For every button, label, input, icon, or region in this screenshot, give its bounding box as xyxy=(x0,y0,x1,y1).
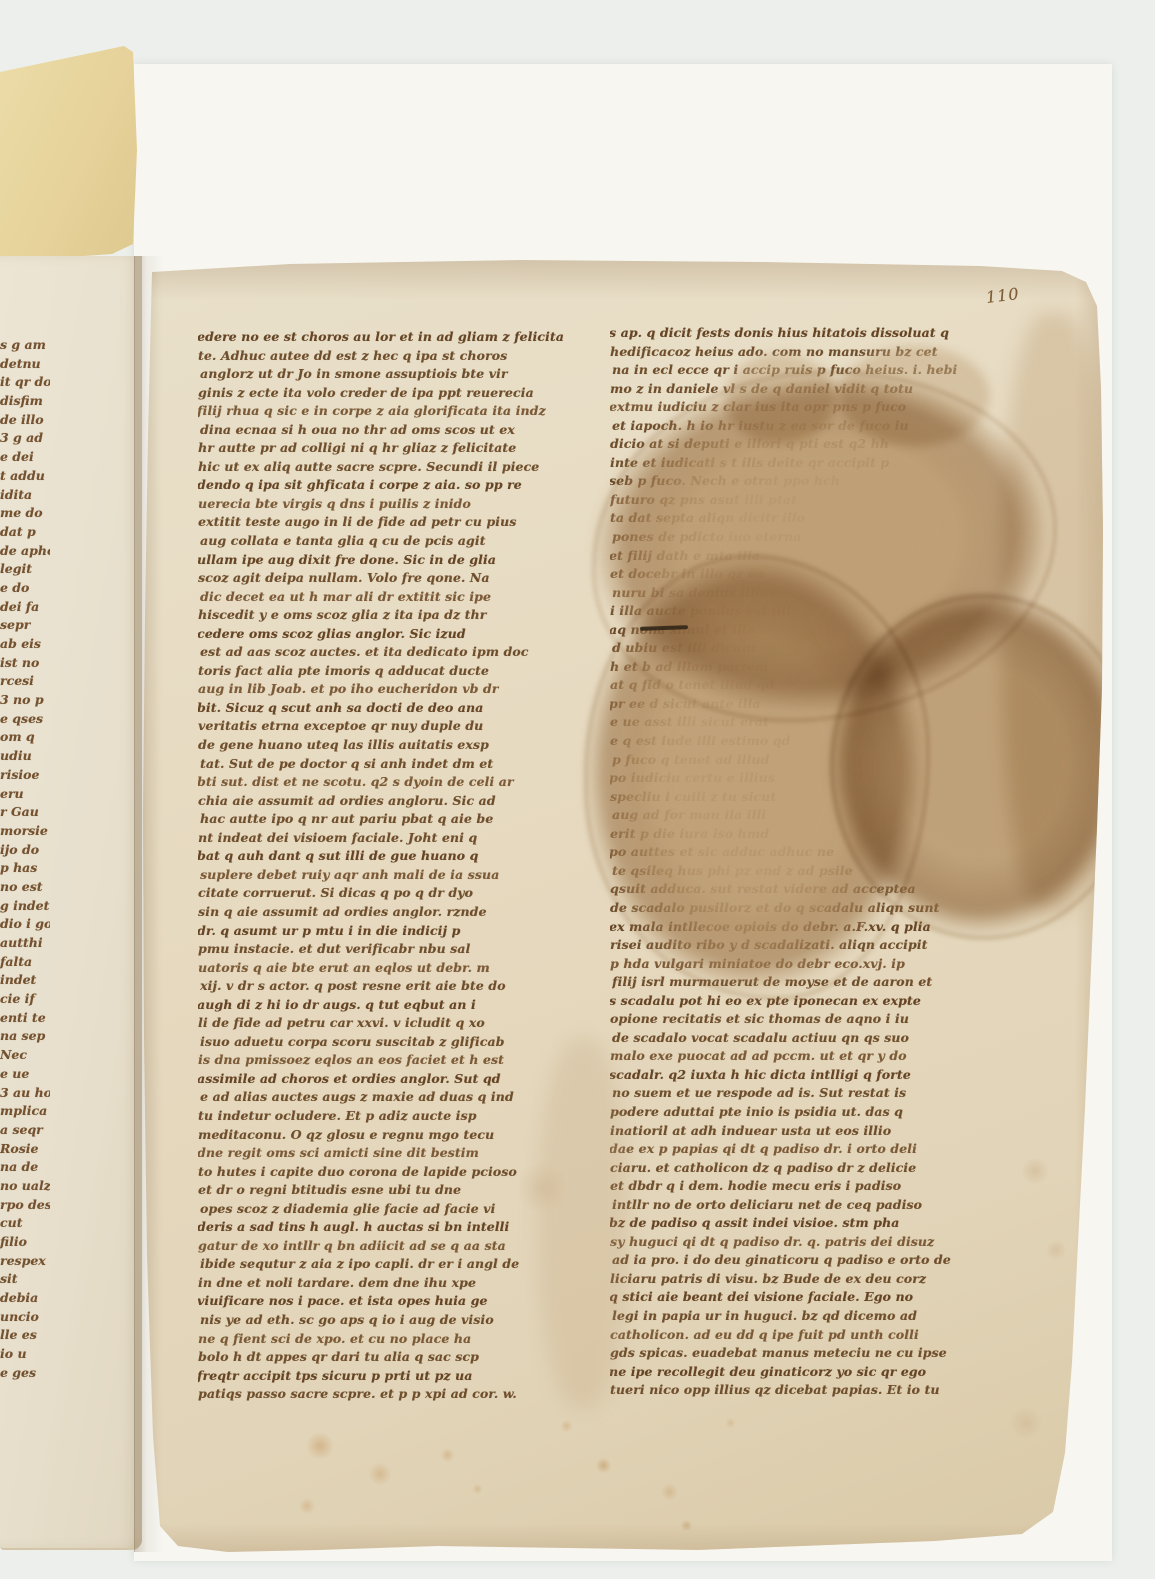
manuscript-line: gatur de xo intllr q bn adiicit ad se q … xyxy=(198,1237,594,1256)
manuscript-line: po auttes et sic adduc adhuc ne xyxy=(610,843,1017,862)
manuscript-line: uatoris q aie bte erut an eqlos ut debr.… xyxy=(198,959,594,978)
manuscript-line: freqtr accipit tps sicuru p prti ut pz u… xyxy=(198,1367,593,1386)
manuscript-line: cedere oms scoz glias anglor. Sic izud xyxy=(198,625,593,644)
manuscript-line: augh di z hi io dr augs. q tut eqbut an … xyxy=(198,996,593,1015)
facing-page-fragments: s g amdetnuit qr dodisfimde illo3 g ade … xyxy=(0,336,50,1383)
manuscript-line: aug ad for mau ila illi xyxy=(612,806,1018,825)
facing-page-edge: s g amdetnuit qr dodisfimde illo3 g ade … xyxy=(0,256,142,1550)
manuscript-line: deris a sad tins h augl. h auctas si bn … xyxy=(198,1218,593,1237)
manuscript-line: ne q fient sci de xpo. et cu no place ha xyxy=(198,1330,594,1349)
manuscript-line: tu indetur ocludere. Et p adiz aucte isp xyxy=(198,1107,594,1126)
manuscript-line: uerecia bte virgis q dns i puilis z inid… xyxy=(198,495,594,514)
manuscript-line: uncio xyxy=(0,1308,50,1327)
manuscript-line: r Gau xyxy=(0,803,50,822)
manuscript-line: e do xyxy=(0,579,50,598)
manuscript-line: disfim xyxy=(0,392,50,411)
manuscript-line: hr autte pr ad colligi ni q hr gliaz z f… xyxy=(198,439,594,458)
manuscript-line: inte et iudicati s t ilis deite qr accip… xyxy=(610,454,1018,473)
manuscript-line: nuru bi sa denius illius xyxy=(612,584,1018,603)
manuscript-line: isuo aduetu corpa scoru suscitab z glifi… xyxy=(200,1033,594,1052)
manuscript-line: tat. Sut de pe doctor q si anh indet dm … xyxy=(200,755,594,774)
manuscript-line: e ad alias auctes augs z maxie ad duas q… xyxy=(200,1088,594,1107)
manuscript-line: na de xyxy=(0,1158,50,1177)
manuscript-line: sin q aie assumit ad ordies anglor. rznd… xyxy=(198,903,594,922)
manuscript-line: nis ye ad eth. sc go aps q io i aug de v… xyxy=(200,1311,594,1330)
manuscript-line: te. Adhuc autee dd est z hec q ipa st ch… xyxy=(198,347,594,366)
manuscript-line: opione recitatis et sic thomas de aqno i… xyxy=(610,1010,1018,1029)
manuscript-line: scoz agit deipa nullam. Volo fre qone. N… xyxy=(198,569,594,588)
manuscript-line: futuro qz pns asut illi ptat xyxy=(610,491,1018,510)
manuscript-line: e q est iude illi estimo qd xyxy=(610,732,1018,751)
manuscript-line: legi in papia ur in huguci. bz qd dicemo… xyxy=(612,1307,1018,1326)
manuscript-line: 3 au ho xyxy=(0,1084,50,1103)
manuscript-line: dina ecnaa si h oua no thr ad oms scos u… xyxy=(200,421,594,440)
manuscript-line: est ad aas scoz auctes. et ita dedicato … xyxy=(200,643,594,662)
manuscript-line: 3 no p xyxy=(0,691,50,710)
folio-number: 110 xyxy=(985,284,1021,307)
manuscript-line: aug in lib Joab. et po iho eucheridon vb… xyxy=(198,680,594,699)
manuscript-leaf: 110 edere no ee st choros au lor et in a… xyxy=(140,258,1105,1555)
manuscript-line: cut xyxy=(0,1214,50,1233)
manuscript-line: no est xyxy=(0,878,50,897)
manuscript-line: ist no xyxy=(0,654,50,673)
manuscript-line: bti sut. dist et ne scotu. q2 s dyoin de… xyxy=(198,773,593,792)
manuscript-line: tueri nico opp illius qz dicebat papias.… xyxy=(610,1381,1018,1400)
manuscript-line: pmu instacie. et dut verificabr nbu sal xyxy=(198,940,594,959)
manuscript-line: patiqs passo sacre scpre. et p p xpi ad … xyxy=(198,1385,594,1404)
manuscript-line: qsuit adduca. sut restat videre ad accep… xyxy=(610,880,1018,899)
manuscript-line: respex xyxy=(0,1252,50,1271)
manuscript-line: ciaru. et catholicon dz q padiso dr z de… xyxy=(610,1159,1018,1178)
manuscript-line: p fuco q tenet ad illud xyxy=(612,751,1018,770)
manuscript-line: anglorz ut dr Jo in smone assuptiois bte… xyxy=(200,365,594,384)
manuscript-line: sy huguci qi dt q padiso dr. q. patris d… xyxy=(610,1233,1018,1252)
manuscript-line: cie if xyxy=(0,990,50,1009)
manuscript-line: risioe xyxy=(0,766,50,785)
manuscript-line: dne regit oms sci amicti sine dit bestim xyxy=(198,1144,593,1163)
manuscript-line: extmu iudiciu z clar ius ita opr pns p f… xyxy=(610,398,1017,417)
manuscript-line: no ualz xyxy=(0,1177,50,1196)
manuscript-line: hiscedit y e oms scoz glia z ita ipa dz … xyxy=(198,606,594,625)
manuscript-line: edere no ee st choros au lor et in ad gl… xyxy=(198,328,593,347)
manuscript-line: viuificare nos i pace. et ista opes huia… xyxy=(198,1292,593,1311)
manuscript-line: inatioril at adh induear usta ut eos ill… xyxy=(610,1122,1018,1141)
manuscript-line: rpo des xyxy=(0,1196,50,1215)
manuscript-line: et docebr in illo qz ea xyxy=(610,565,1018,584)
manuscript-line: suplere debet ruiy aqr anh mali de ia ss… xyxy=(200,866,594,885)
manuscript-line: filij isrl murmauerut de moyse et de aar… xyxy=(612,973,1018,992)
manuscript-line: hic ut ex aliq autte sacre scpre. Secund… xyxy=(198,458,594,477)
manuscript-line: specliu i cuili z tu sicut xyxy=(610,788,1018,807)
manuscript-line: enti te xyxy=(0,1009,50,1028)
manuscript-line: po iudiciu certu e illius xyxy=(610,769,1017,788)
manuscript-line: liciaru patris di visu. bz Bude de ex de… xyxy=(610,1270,1018,1289)
manuscript-line: opes scoz z diademia glie facie ad facie… xyxy=(200,1200,594,1219)
manuscript-line: ta dat septa aliqn dicitr illo xyxy=(610,509,1018,528)
manuscript-line: ab eis xyxy=(0,635,50,654)
manuscript-line: te qsileq hus phi pz end z ad psile xyxy=(612,862,1018,881)
manuscript-line: gds spicas. euadebat manus meteciu ne cu… xyxy=(610,1344,1018,1363)
manuscript-line: seb p fuco. Nech e otrat ppo hch xyxy=(610,472,1017,491)
manuscript-line: p hda vulgari miniatoe do debr eco.xvj. … xyxy=(610,955,1018,974)
manuscript-line: udiu xyxy=(0,747,50,766)
manuscript-line: ullam ipe aug dixit fre done. Sic in de … xyxy=(198,551,593,570)
manuscript-line: scadalr. q2 iuxta h hic dicta intlligi q… xyxy=(610,1066,1017,1085)
manuscript-line: mo z in daniele vl s de q daniel vidit q… xyxy=(610,380,1018,399)
manuscript-line: d ubiu est illi dicunt xyxy=(612,639,1018,658)
manuscript-line: rcesi xyxy=(0,672,50,691)
manuscript-line: de illo xyxy=(0,411,50,430)
manuscript-line: catholicon. ad eu dd q ipe fuit pd unth … xyxy=(610,1326,1018,1345)
manuscript-line: io u xyxy=(0,1345,50,1364)
manuscript-line: e ue xyxy=(0,1065,50,1084)
manuscript-line: falta xyxy=(0,953,50,972)
manuscript-line: aq nona simul et illa xyxy=(610,621,1017,640)
manuscript-line: meditaconu. O qz glosu e regnu mgo tecu xyxy=(198,1126,594,1145)
manuscript-line: filij rhua q sic e in corpe z aia glorif… xyxy=(198,402,593,421)
manuscript-line: idita xyxy=(0,486,50,505)
manuscript-line: dendo q ipa sit ghficata i corpe z aia. … xyxy=(198,476,593,495)
manuscript-line: sit xyxy=(0,1270,50,1289)
manuscript-line: ne ipe recollegit deu ginaticorz yo sic … xyxy=(610,1363,1017,1382)
manuscript-line: ijo do xyxy=(0,841,50,860)
manuscript-line: eru xyxy=(0,785,50,804)
manuscript-line: de scadalo pusillorz et do q scadalu ali… xyxy=(610,899,1018,918)
manuscript-line: chia aie assumit ad ordies angloru. Sic … xyxy=(198,792,594,811)
manuscript-scan: s g amdetnuit qr dodisfimde illo3 g ade … xyxy=(0,0,1155,1579)
manuscript-line: na sep xyxy=(0,1027,50,1046)
manuscript-line: nt indeat dei visioem faciale. Joht eni … xyxy=(198,829,594,848)
manuscript-line: e qses xyxy=(0,710,50,729)
manuscript-line: lle es xyxy=(0,1326,50,1345)
manuscript-line: assimile ad choros et ordies anglor. Sut… xyxy=(198,1070,593,1089)
manuscript-line: bat q auh dant q sut illi de gue huano q xyxy=(198,847,593,866)
manuscript-line: ad ia pro. i do deu ginaticoru q padiso … xyxy=(612,1251,1018,1270)
manuscript-line: bolo h dt appes qr dari tu alia q sac sc… xyxy=(198,1348,594,1367)
manuscript-line: g indet xyxy=(0,897,50,916)
manuscript-line: citate corruerut. Si dicas q po q dr dyo xyxy=(198,884,594,903)
manuscript-line: s ap. q dicit fests donis hius hitatois … xyxy=(610,324,1017,343)
manuscript-line: hedificacoz heius ado. com no mansuru bz… xyxy=(610,343,1018,362)
manuscript-line: in dne et noli tardare. dem dne ihu xpe xyxy=(198,1274,594,1293)
text-column-left: edere no ee st choros au lor et in ad gl… xyxy=(198,328,594,1413)
manuscript-line: p has xyxy=(0,859,50,878)
manuscript-line: ex mala intllecoe opiois do debr. a.F.xv… xyxy=(610,918,1017,937)
manuscript-line: intllr no de orto deliciaru net de ceq p… xyxy=(612,1196,1018,1215)
manuscript-line: dat p xyxy=(0,523,50,542)
manuscript-line: morsie xyxy=(0,822,50,841)
manuscript-line: dei fa xyxy=(0,598,50,617)
manuscript-line: et dr o regni btitudis esne ubi tu dne xyxy=(198,1181,594,1200)
manuscript-line: it qr do xyxy=(0,373,50,392)
manuscript-line: risei audito ribo y d scadalizati. aliqn… xyxy=(610,936,1018,955)
manuscript-line: Rosie xyxy=(0,1140,50,1159)
manuscript-line: et iapoch. h io hr iustu z ea sor de fuc… xyxy=(612,417,1018,436)
manuscript-line: sepr xyxy=(0,616,50,635)
manuscript-line: xij. v dr s actor. q post resne erit aie… xyxy=(200,977,594,996)
flyleaf-corner xyxy=(0,46,142,264)
manuscript-line: de scadalo vocat scadalu actiuu qn qs su… xyxy=(612,1029,1018,1048)
manuscript-line: dicio at si deputi e illori q pti est q2… xyxy=(610,435,1018,454)
manuscript-line: s scadalu pot hi eo ex pte iponecan ex e… xyxy=(610,992,1017,1011)
manuscript-line: dic decet ea ut h mar ali dr extitit sic… xyxy=(200,588,594,607)
manuscript-line: legit xyxy=(0,560,50,579)
manuscript-line: q stici aie beant dei visione faciale. E… xyxy=(610,1288,1017,1307)
manuscript-line: e dei xyxy=(0,448,50,467)
manuscript-line: erit p die iura iso hmd xyxy=(610,825,1018,844)
manuscript-line: hac autte ipo q nr aut pariu pbat q aie … xyxy=(200,810,594,829)
manuscript-line: mplica xyxy=(0,1102,50,1121)
manuscript-line: no suem et ue respode ad is. Sut restat … xyxy=(612,1084,1018,1103)
manuscript-line: i illa aucte pondus est illi xyxy=(610,602,1018,621)
manuscript-line: dio i go xyxy=(0,915,50,934)
manuscript-line: aug collata e tanta glia q cu de pcis ag… xyxy=(200,532,594,551)
manuscript-line: veritatis etrna exceptoe qr nuy duple du xyxy=(198,717,594,736)
manuscript-line: bit. Sicuz q scut anh sa docti de deo an… xyxy=(198,699,593,718)
manuscript-line: 3 g ad xyxy=(0,429,50,448)
manuscript-line: de gene huano uteq las illis auitatis ex… xyxy=(198,736,594,755)
manuscript-line: e ue asst illi sicut erat xyxy=(610,713,1018,732)
manuscript-line: ibide sequtur z aia z ipo capli. dr er i… xyxy=(200,1255,594,1274)
binding-gutter-crease xyxy=(134,256,163,1552)
manuscript-line: a seqr xyxy=(0,1121,50,1140)
manuscript-line: de apho xyxy=(0,542,50,561)
manuscript-line: s g am xyxy=(0,336,50,355)
manuscript-line: podere aduttai pte inio is psidia ut. da… xyxy=(610,1103,1018,1122)
manuscript-line: ginis z ecte ita volo creder de ipa ppt … xyxy=(198,384,594,403)
manuscript-line: t addu xyxy=(0,467,50,486)
manuscript-line: autthi xyxy=(0,934,50,953)
manuscript-line: toris fact alia pte imoris q adducat duc… xyxy=(198,662,594,681)
manuscript-line: et dbdr q i dem. hodie mecu eris i padis… xyxy=(610,1177,1018,1196)
manuscript-line: pones de pdicto iuo eterna xyxy=(612,528,1018,547)
manuscript-line: extitit teste augo in li de fide ad petr… xyxy=(198,513,594,532)
text-column-right: s ap. q dicit fests donis hius hitatois … xyxy=(610,324,1018,1404)
manuscript-line: bz de padiso q assit indei visioe. stm p… xyxy=(610,1214,1017,1233)
manuscript-line: e ges xyxy=(0,1364,50,1383)
manuscript-line: debia xyxy=(0,1289,50,1308)
manuscript-line: h et b ad illam partem xyxy=(610,658,1018,677)
manuscript-line: indet xyxy=(0,971,50,990)
manuscript-line: dae ex p papias qi dt q padiso dr. i ort… xyxy=(610,1140,1017,1159)
manuscript-line: me do xyxy=(0,504,50,523)
manuscript-line: detnu xyxy=(0,355,50,374)
manuscript-line: at q fid o tenet illud qd xyxy=(610,676,1018,695)
manuscript-line: malo exe puocat ad ad pccm. ut et qr y d… xyxy=(610,1047,1018,1066)
manuscript-line: li de fide ad petru car xxvi. v icludit … xyxy=(198,1014,594,1033)
manuscript-line: filio xyxy=(0,1233,50,1252)
manuscript-line: to hutes i capite duo corona de lapide p… xyxy=(198,1163,594,1182)
manuscript-line: dr. q asumt ur p mtu i in die indicij p xyxy=(198,922,593,941)
manuscript-line: na in ecl ecce qr i accip ruis p fuco he… xyxy=(612,361,1018,380)
manuscript-line: Nec xyxy=(0,1046,50,1065)
manuscript-line: et filij dath e mta illa xyxy=(610,547,1017,566)
manuscript-line: pr ee d sicut ante illa xyxy=(610,695,1017,714)
manuscript-line: is dna pmissoez eqlos an eos faciet et h… xyxy=(198,1051,594,1070)
manuscript-line: om q xyxy=(0,728,50,747)
